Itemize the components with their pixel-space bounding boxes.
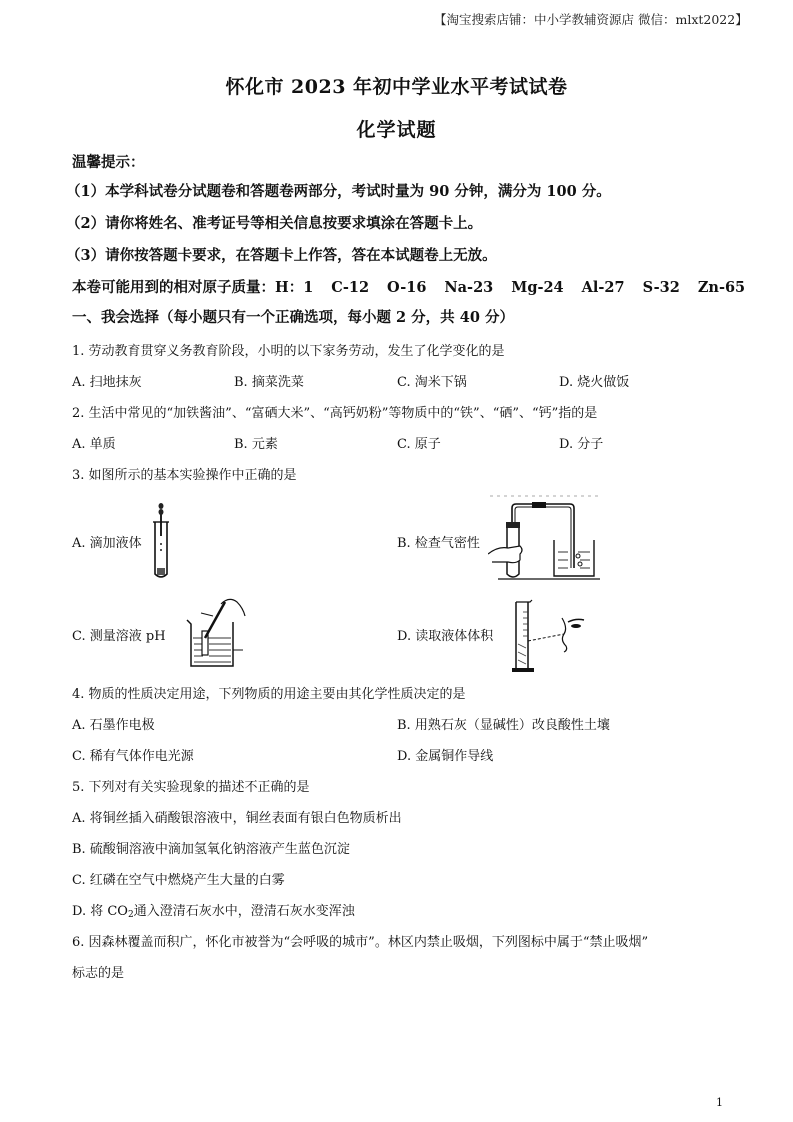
- airtightness-check-figure: [488, 494, 608, 580]
- mass-s: S-32: [643, 279, 680, 296]
- atomic-mass-label: 本卷可能用到的相对原子质量：: [72, 279, 275, 296]
- question-4-stem: 4. 物质的性质决定用途，下列物质的用途主要由其化学性质决定的是: [72, 683, 466, 702]
- q1-option-b: B. 摘菜洗菜: [234, 371, 304, 390]
- question-5-stem: 5. 下列对有关实验现象的描述不正确的是: [72, 776, 310, 795]
- q4-option-d: D. 金属铜作导线: [397, 745, 493, 764]
- notice-2: （2）请你将姓名、准考证号等相关信息按要求填涂在答题卡上。: [66, 212, 482, 233]
- shop-watermark: 【淘宝搜索店铺：中小学教辅资源店 微信：mlxt2022】: [434, 10, 748, 28]
- q1-option-c: C. 淘米下锅: [397, 371, 467, 390]
- mass-c: C-12: [331, 279, 369, 296]
- graduated-cylinder-reading-figure: [510, 598, 590, 674]
- exam-subtitle: 化学试题: [0, 115, 793, 142]
- q4-option-a: A. 石墨作电极: [72, 714, 155, 733]
- q2-option-b: B. 元素: [234, 433, 278, 452]
- q5-option-d-prefix: D. 将 CO: [72, 904, 128, 919]
- q4-option-b: B. 用熟石灰（显碱性）改良酸性土壤: [397, 714, 610, 733]
- q2-option-d: D. 分子: [559, 433, 603, 452]
- mass-na: Na-23: [444, 279, 493, 296]
- q4-option-c: C. 稀有气体作电光源: [72, 745, 194, 764]
- q3-option-c: C. 测量溶液 pH: [72, 625, 166, 644]
- mass-al: Al-27: [582, 279, 625, 296]
- notice-1: （1）本学科试卷分试题卷和答题卷两部分，考试时量为 90 分钟，满分为 100 …: [66, 180, 611, 201]
- page-number: 1: [716, 1096, 723, 1109]
- question-6-stem-line2: 标志的是: [72, 962, 124, 981]
- dropper-test-tube-figure: [150, 500, 180, 582]
- q1-option-d: D. 烧火做饭: [559, 371, 629, 390]
- q2-option-a: A. 单质: [72, 433, 116, 452]
- question-6-stem-line1: 6. 因森林覆盖而积广，怀化市被誉为“会呼吸的城市”。林区内禁止吸烟，下列图标中…: [72, 931, 648, 950]
- mass-zn: Zn-65: [698, 279, 745, 296]
- notice-heading: 温馨提示：: [72, 151, 145, 172]
- question-3-stem: 3. 如图所示的基本实验操作中正确的是: [72, 464, 297, 483]
- q3-option-b: B. 检查气密性: [397, 532, 480, 551]
- question-1-stem: 1. 劳动教育贯穿义务教育阶段，小明的以下家务劳动，发生了化学变化的是: [72, 340, 505, 359]
- q5-option-b: B. 硫酸铜溶液中滴加氢氧化钠溶液产生蓝色沉淀: [72, 838, 350, 857]
- q5-option-d-suffix: 通入澄清石灰水中，澄清石灰水变浑浊: [134, 904, 355, 919]
- ph-measure-figure: [185, 598, 255, 670]
- q3-option-d: D. 读取液体体积: [397, 625, 493, 644]
- section-title: 一、我会选择（每小题只有一个正确选项，每小题 2 分，共 40 分）: [72, 306, 514, 327]
- notice-3: （3）请你按答题卡要求，在答题卡上作答，答在本试题卷上无放。: [66, 244, 497, 265]
- q2-option-c: C. 原子: [397, 433, 441, 452]
- mass-h: H：1: [275, 276, 313, 297]
- mass-o: O-16: [387, 279, 426, 296]
- q1-option-a: A. 扫地抹灰: [72, 371, 142, 390]
- q5-option-a: A. 将铜丝插入硝酸银溶液中，铜丝表面有银白色物质析出: [72, 807, 402, 826]
- q3-option-a: A. 滴加液体: [72, 532, 142, 551]
- atomic-mass-line: 本卷可能用到的相对原子质量：H：1C-12O-16Na-23Mg-24Al-27…: [72, 276, 763, 297]
- question-2-stem: 2. 生活中常见的“加铁酱油”、“富硒大米”、“高钙奶粉”等物质中的“铁”、“硒…: [72, 402, 597, 421]
- mass-mg: Mg-24: [511, 279, 563, 296]
- exam-title: 怀化市 2023 年初中学业水平考试试卷: [0, 72, 793, 99]
- q5-option-c: C. 红磷在空气中燃烧产生大量的白雾: [72, 869, 285, 888]
- q5-option-d: D. 将 CO2通入澄清石灰水中，澄清石灰水变浑浊: [72, 900, 355, 920]
